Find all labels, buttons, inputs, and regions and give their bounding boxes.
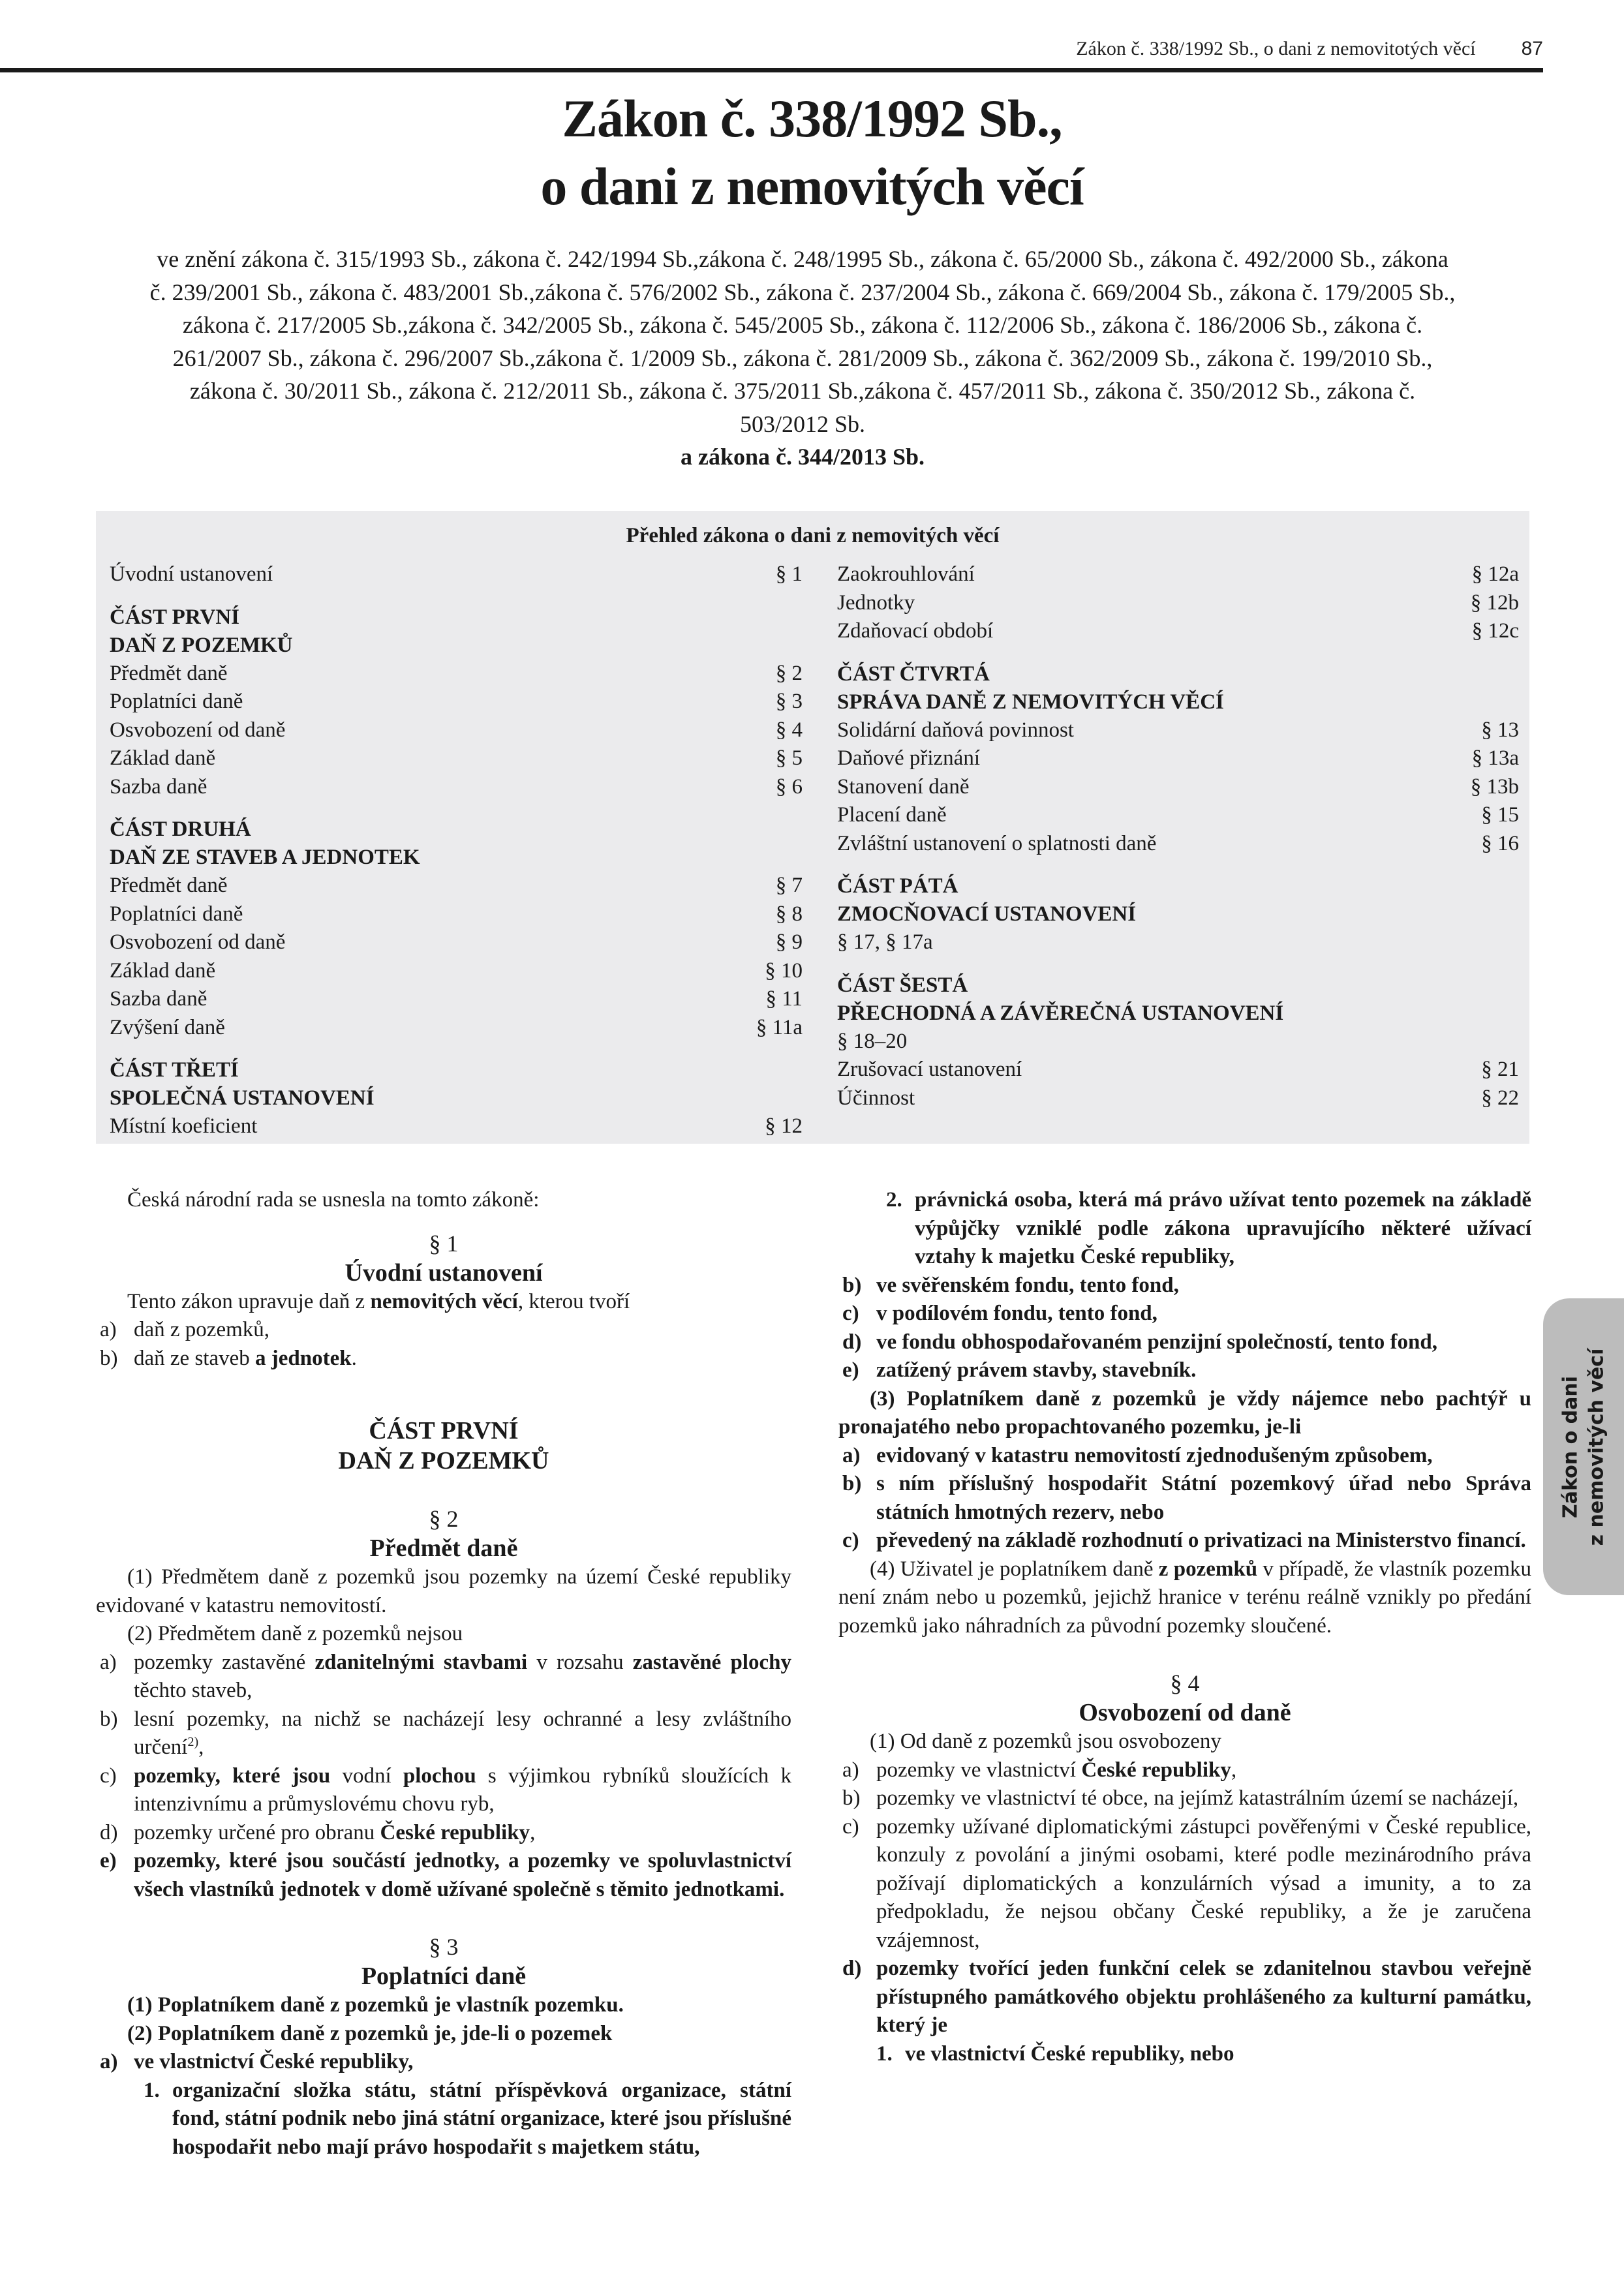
section-sign: § 3 (96, 1933, 791, 1961)
list-item: c)pozemky, které jsou vodní plochou s vý… (96, 1762, 791, 1819)
overview-row: Místní koeficient§ 12 (110, 1112, 803, 1141)
overview-row-ref: § 12a (1472, 560, 1519, 589)
overview-row-label: Předmět daně (110, 660, 228, 688)
overview-list: Zaokrouhlování§ 12aJednotky§ 12bZdaňovac… (837, 560, 1519, 646)
list-item: a)daň z pozemků, (96, 1316, 791, 1345)
overview-row: Úvodní ustanovení § 1 (110, 560, 803, 589)
overview-row-label: Zrušovací ustanovení (837, 1056, 1022, 1084)
overview-row-ref: § 15 (1481, 801, 1519, 830)
running-head: Zákon č. 338/1992 Sb., o dani z nemovito… (1076, 38, 1543, 60)
overview-row: § 17, § 17a (837, 928, 1519, 957)
overview-row-label: Daňové přiznání (837, 744, 980, 773)
overview-row-ref: § 3 (776, 688, 803, 716)
overview-row-label: Osvobození od daně (110, 716, 285, 745)
list-item: e)pozemky, které jsou součástí jednotky,… (96, 1847, 791, 1904)
overview-row: Předmět daně§ 7 (110, 872, 803, 900)
list-item: c)pozemky užívané diplomatickými zástupc… (838, 1813, 1531, 1955)
chapter-thumb-tab[interactable]: Zákon o dani z nemovitých věcí (1543, 1298, 1624, 1595)
footnote-ref[interactable]: 2) (187, 1735, 198, 1749)
overview-list: Místní koeficient§ 12 (110, 1112, 803, 1141)
overview-row-label: Zvláštní ustanovení o splatnosti daně (837, 830, 1156, 859)
overview-row-ref: § 10 (765, 957, 803, 986)
overview-row: Zdaňovací období§ 12c (837, 617, 1519, 646)
amendments-last: a zákona č. 344/2013 Sb. (147, 440, 1458, 474)
overview-row-label: Zdaňovací období (837, 617, 993, 646)
list-item: d)pozemky tvořící jeden funkční celek se… (838, 1955, 1531, 2040)
section-sign: § 4 (838, 1669, 1531, 1698)
overview-row: Účinnost§ 22 (837, 1084, 1519, 1113)
list-item: a)pozemky zastavěné zdanitelnými stavbam… (96, 1649, 791, 1705)
overview-row: Základ daně§ 5 (110, 744, 803, 773)
list-item: e)zatížený právem stavby, stavebník. (838, 1356, 1531, 1385)
overview-row-ref: § 22 (1481, 1084, 1519, 1113)
overview-row: Sazba daně§ 11 (110, 985, 803, 1014)
overview-row-label: Poplatníci daně (110, 688, 243, 716)
overview-list: Předmět daně§ 7Poplatníci daně§ 8Osvoboz… (110, 872, 803, 1042)
overview-part-heading: ČÁST PRVNÍ DAŇ Z POZEMKŮ (110, 604, 803, 660)
overview-row: Solidární daňová povinnost§ 13 (837, 716, 1519, 745)
list-item: c)převedený na základě rozhodnutí o priv… (838, 1527, 1531, 1555)
list-item: a)pozemky ve vlastnictví České republiky… (838, 1756, 1531, 1785)
overview-part-heading: ČÁST ČTVRTÁ SPRÁVA DANĚ Z NEMOVITÝCH VĚC… (837, 660, 1519, 716)
overview-row-ref: § 21 (1481, 1056, 1519, 1084)
chapter-thumb-tab-label: Zákon o dani z nemovitých věcí (1557, 1348, 1610, 1546)
section-heading: Úvodní ustanovení (96, 1258, 791, 1288)
paragraph: (3) Poplatníkem daně z pozemků je vždy n… (838, 1385, 1531, 1442)
overview-row-ref: § 4 (776, 716, 803, 745)
list-item: c)v podílovém fondu, tento fond, (838, 1300, 1531, 1328)
overview-row-label: Místní koeficient (110, 1112, 257, 1141)
overview-row-label: Osvobození od daně (110, 928, 285, 957)
overview-row-ref: § 9 (776, 928, 803, 957)
overview-row: Zvláštní ustanovení o splatnosti daně§ 1… (837, 830, 1519, 859)
sub-list-item: 2.právnická osoba, která má právo užívat… (838, 1186, 1531, 1272)
running-head-title: Zákon č. 338/1992 Sb., o dani z nemovito… (1076, 38, 1475, 60)
paragraph: Tento zákon upravuje daň z nemovitých vě… (96, 1288, 791, 1317)
overview-row-label: Zvýšení daně (110, 1014, 225, 1043)
overview-row-ref: § 13a (1472, 744, 1519, 773)
overview-row: Osvobození od daně§ 9 (110, 928, 803, 957)
overview-row-label: Solidární daňová povinnost (837, 716, 1074, 745)
overview-row: Zaokrouhlování§ 12a (837, 560, 1519, 589)
overview-row-label: Sazba daně (110, 773, 207, 802)
overview-row-ref: § 7 (776, 872, 803, 900)
title-line-1: Zákon č. 338/1992 Sb., (0, 85, 1624, 153)
overview-row-ref: § 6 (776, 773, 803, 802)
preamble: Česká národní rada se usnesla na tomto z… (96, 1186, 791, 1215)
overview-row-ref: § 16 (1481, 830, 1519, 859)
overview-row: Daňové přiznání§ 13a (837, 744, 1519, 773)
section-sign: § 1 (96, 1229, 791, 1258)
list-item: a)ve vlastnictví České republiky, (96, 2048, 791, 2077)
header-rule (0, 68, 1543, 72)
overview-row-ref: § 13 (1481, 716, 1519, 745)
overview-row: § 18–20 (837, 1028, 1519, 1056)
overview-left-column: Úvodní ustanovení § 1 ČÁST PRVNÍ DAŇ Z P… (110, 560, 803, 1141)
overview-row-label: Sazba daně (110, 985, 207, 1014)
list-item: a)evidovaný v katastru nemovitostí zjedn… (838, 1442, 1531, 1471)
section-sign: § 2 (96, 1505, 791, 1533)
list-item: d)ve fondu obhospodařovaném penzijní spo… (838, 1328, 1531, 1357)
overview-part-heading: ČÁST TŘETÍ SPOLEČNÁ USTANOVENÍ (110, 1056, 803, 1112)
overview-row: Sazba daně§ 6 (110, 773, 803, 802)
overview-row-ref: § 11a (756, 1014, 803, 1043)
overview-row: Osvobození od daně§ 4 (110, 716, 803, 745)
overview-row-ref: § 12 (765, 1112, 803, 1141)
overview-row: Zvýšení daně§ 11a (110, 1014, 803, 1043)
body-column-left: Česká národní rada se usnesla na tomto z… (96, 1186, 791, 2162)
list-item: b)lesní pozemky, na nichž se nacházejí l… (96, 1705, 791, 1762)
section-heading: Předmět daně (96, 1533, 791, 1563)
overview-row-ref: § 11 (765, 985, 803, 1014)
paragraph: (4) Uživatel je poplatníkem daně z pozem… (838, 1555, 1531, 1641)
law-overview-box: Přehled zákona o dani z nemovitých věcí … (96, 511, 1529, 1144)
overview-list: Zrušovací ustanovení§ 21Účinnost§ 22 (837, 1056, 1519, 1112)
paragraph: (1) Od daně z pozemků jsou osvobozeny (838, 1728, 1531, 1756)
overview-row-ref: § 2 (776, 660, 803, 688)
overview-row: Poplatníci daně§ 8 (110, 900, 803, 929)
overview-part-heading: ČÁST DRUHÁ DAŇ ZE STAVEB A JEDNOTEK (110, 816, 803, 872)
amendments: ve znění zákona č. 315/1993 Sb., zákona … (147, 243, 1458, 474)
overview-part-heading: ČÁST PÁTÁ ZMOCŇOVACÍ USTANOVENÍ (837, 872, 1519, 928)
overview-row: Poplatníci daně§ 3 (110, 688, 803, 716)
overview-list: Předmět daně§ 2Poplatníci daně§ 3Osvoboz… (110, 660, 803, 802)
overview-row-label: Stanovení daně (837, 773, 970, 802)
overview-row-label: Placení daně (837, 801, 947, 830)
overview-row: Jednotky§ 12b (837, 589, 1519, 618)
paragraph: (2) Předmětem daně z pozemků nejsou (96, 1620, 791, 1649)
section-heading: Poplatníci daně (96, 1961, 791, 1991)
part-heading: ČÁST PRVNÍ DAŇ Z POZEMKŮ (96, 1416, 791, 1476)
overview-row: Stanovení daně§ 13b (837, 773, 1519, 802)
sub-list-item: 1.ve vlastnictví České republiky, nebo (838, 2040, 1531, 2069)
overview-title: Přehled zákona o dani z nemovitých věcí (96, 524, 1529, 548)
overview-row: Placení daně§ 15 (837, 801, 1519, 830)
overview-row: Předmět daně§ 2 (110, 660, 803, 688)
amendments-list: ve znění zákona č. 315/1993 Sb., zákona … (150, 246, 1456, 437)
overview-right-column: Zaokrouhlování§ 12aJednotky§ 12bZdaňovac… (837, 560, 1519, 1112)
overview-row-label: Základ daně (110, 744, 215, 773)
overview-row-ref: § 8 (776, 900, 803, 929)
overview-row-label: Účinnost (837, 1084, 915, 1113)
paragraph: (1) Poplatníkem daně z pozemků je vlastn… (96, 1991, 791, 2020)
list-item: b)s ním příslušný hospodařit Státní poze… (838, 1470, 1531, 1527)
section-heading: Osvobození od daně (838, 1698, 1531, 1728)
overview-row-ref: § 13b (1471, 773, 1519, 802)
overview-row: Základ daně§ 10 (110, 957, 803, 986)
list-item: b)daň ze staveb a jednotek. (96, 1345, 791, 1373)
paragraph: (2) Poplatníkem daně z pozemků je, jde-l… (96, 2020, 791, 2049)
overview-part-heading: ČÁST ŠESTÁ PŘECHODNÁ A ZÁVĚREČNÁ USTANOV… (837, 971, 1519, 1028)
sub-list-item: 1.organizační složka státu, státní přísp… (96, 2077, 791, 2162)
document-title: Zákon č. 338/1992 Sb., o dani z nemovitý… (0, 85, 1624, 221)
body-column-right: 2.právnická osoba, která má právo užívat… (838, 1186, 1531, 2068)
overview-row-label: Předmět daně (110, 872, 228, 900)
overview-list: Solidární daňová povinnost§ 13Daňové při… (837, 716, 1519, 859)
overview-row: Zrušovací ustanovení§ 21 (837, 1056, 1519, 1084)
list-item: b)ve svěřenském fondu, tento fond, (838, 1272, 1531, 1300)
overview-row-ref: § 12b (1471, 589, 1519, 618)
overview-row-ref: § 12c (1472, 617, 1519, 646)
overview-row-label: Poplatníci daně (110, 900, 243, 929)
overview-row-label: Základ daně (110, 957, 215, 986)
page-number: 87 (1522, 38, 1543, 60)
overview-row-ref: § 5 (776, 744, 803, 773)
overview-row-label: Zaokrouhlování (837, 560, 975, 589)
list-item: d)pozemky určené pro obranu České republ… (96, 1819, 791, 1848)
overview-row-label: Jednotky (837, 589, 915, 618)
title-line-2: o dani z nemovitých věcí (0, 153, 1624, 221)
paragraph: (1) Předmětem daně z pozemků jsou pozemk… (96, 1563, 791, 1620)
list-item: b)pozemky ve vlastnictví té obce, na jej… (838, 1784, 1531, 1813)
